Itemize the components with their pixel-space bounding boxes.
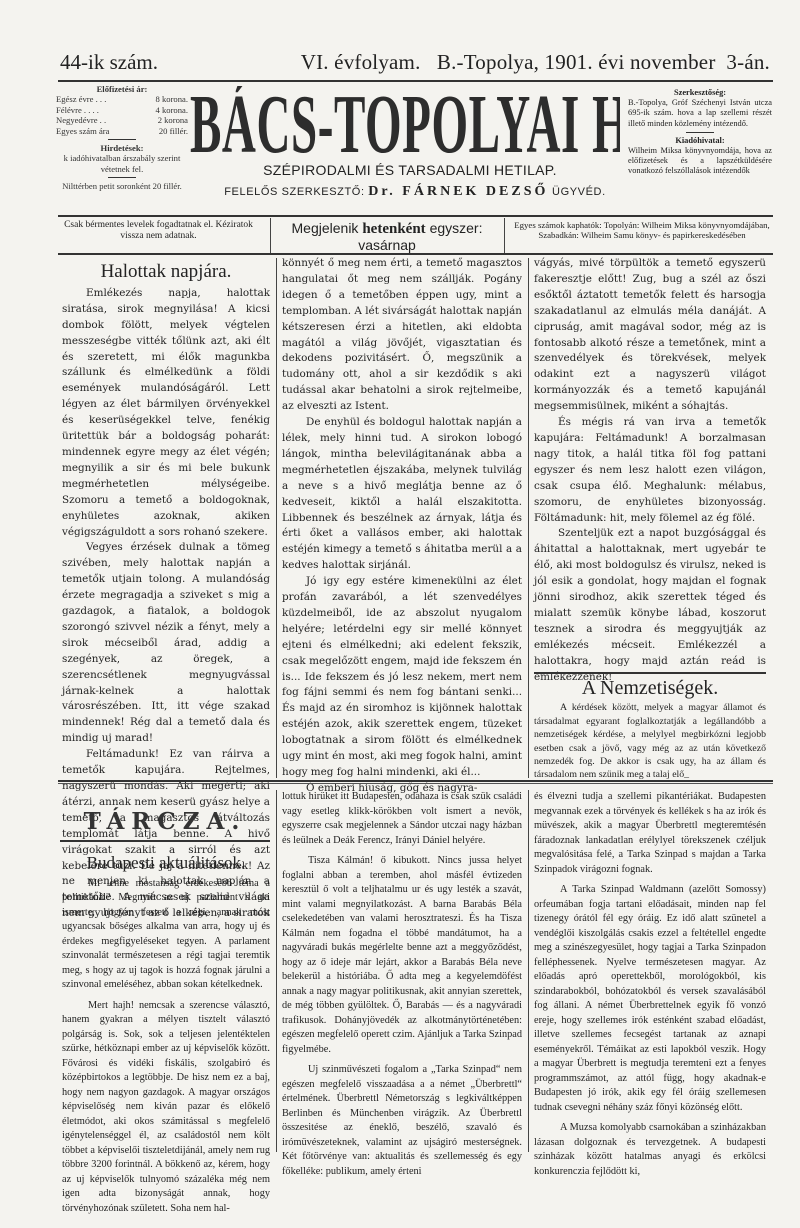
editorial-office-box: Szerkesztőség: B.-Topolya, Gróf Szécheny… [628, 88, 772, 177]
title-text: BÁCS-TOPOLYAI HIRLAP. [190, 86, 620, 164]
paragraph: Tisza Kálmán! ő kibukott. Nincs jussa he… [282, 854, 522, 1057]
paragraph: És mégis rá van irva a temetők kapujára:… [534, 415, 766, 526]
feuilleton-column-2: lottuk hirüket itt Budapesten, odahaza i… [282, 790, 522, 1179]
feuilleton-column-1: Budapesti aktuálitások. Mi lenne mostans… [62, 846, 270, 1216]
paragraph: Szenteljük ezt a napot buzgósággal és áh… [534, 526, 766, 685]
newspaper-subtitle: SZÉPIRODALMI ÉS TARSADALMI HETILAP. [190, 162, 630, 178]
article-title: Halottak napjára. [62, 264, 270, 280]
issue-date-info: VI. évfolyam. B.-Topolya, 1901. évi nove… [301, 50, 770, 75]
paragraph: A Tarka Szinpad Waldmann (azelőtt Somoss… [534, 883, 766, 1115]
paragraph: Emlékezés napja, halottak siratása, siro… [62, 286, 270, 541]
feuilleton-column-3: és élvezni tudja a szellemi pikantériáka… [534, 790, 766, 1179]
paragraph: Mi lenne mostanság érdekesebb téma a pol… [62, 877, 270, 993]
paragraph: könnyét ő meg nem érti, a temető magaszt… [282, 256, 522, 415]
editor-line: FELELŐS SZERKESZTŐ: Dr. FÁRNEK DEZSŐ ÜGY… [190, 184, 640, 200]
ads-text: k iadóhivatalban árszabály szerint vétet… [56, 153, 188, 174]
paragraph: Uj szinművészeti fogalom a „Tarka Szinpa… [282, 1063, 522, 1179]
infobar-bottom-rule [58, 253, 773, 255]
column-divider [504, 218, 505, 254]
article-divider [534, 672, 766, 674]
feuilleton-section-heading: TÁRCZA. [60, 808, 270, 835]
masthead-top-line: 44-ik szám. VI. évfolyam. B.-Topolya, 19… [60, 44, 770, 74]
paragraph: De enyhül és boldogul halottak napján a … [282, 415, 522, 574]
editorial-text: B.-Topolya, Gróf Széchenyi István utcza … [628, 98, 772, 129]
paragraph: A Muzsa komolyabb csarnokában a szinháza… [534, 1121, 766, 1179]
info-letters: Csak bérmentes levelek fogadtatnak el. K… [56, 220, 261, 242]
paragraph: A kérdések között, melyek a magyar állam… [534, 701, 766, 781]
ads-heading: Hirdetések: [56, 143, 188, 153]
niltter-text: Nilttérben petit soronként 20 fillér. [56, 181, 188, 191]
issue-number: 44-ik szám. [60, 50, 158, 75]
paragraph: Mert hajh! nemcsak a szerencse választó,… [62, 999, 270, 1217]
article-nemzetisegek: A Nemzetiségek. A kérdések között, melye… [534, 680, 766, 782]
subscription-heading: Előfizetési ár: [56, 84, 188, 94]
price-row: Egész évre . . .8 korona. [56, 94, 188, 104]
price-row: Félévre . . . .4 korona. [56, 105, 188, 115]
column-divider [276, 258, 277, 778]
editor-label: FELELŐS SZERKESZTŐ: [224, 186, 364, 198]
article-title: A Nemzetiségek. [534, 682, 766, 695]
newspaper-title: BÁCS-TOPOLYAI HIRLAP. [190, 86, 620, 164]
column-divider [528, 790, 529, 1152]
editor-title: ÜGYVÉD. [552, 186, 606, 198]
feuilleton-title: Budapesti aktuálitások. [62, 856, 270, 871]
price-row: Negyedévre . .2 korona [56, 115, 188, 125]
divider [108, 177, 136, 178]
column-divider [270, 218, 271, 254]
editorial-heading: Szerkesztőség: [628, 88, 772, 98]
masthead-rule [58, 80, 773, 82]
article-column-3: vágyás, mivé törpültök a temető egyszerü… [534, 256, 766, 685]
column-divider [528, 258, 529, 778]
publisher-heading: Kiadóhivatal: [628, 136, 772, 146]
subscription-box: Előfizetési ár: Egész évre . . .8 korona… [56, 84, 188, 192]
page-section-rule [58, 780, 773, 782]
divider [686, 132, 714, 133]
infobar-top-rule [58, 215, 773, 217]
publisher-text: Wilheim Miksa könyvnyomdája, hova az elő… [628, 146, 772, 177]
info-bar: Csak bérmentes levelek fogadtatnak el. K… [56, 218, 774, 256]
article-column-2: könnyét ő meg nem érti, a temető magaszt… [282, 256, 522, 797]
paragraph: vágyás, mivé törpültök a temető egyszerü… [534, 256, 766, 415]
price-row: Egyes szám ára20 fillér. [56, 126, 188, 136]
page-section-rule [58, 783, 773, 784]
paragraph: lottuk hirüket itt Budapesten, odahaza i… [282, 790, 522, 848]
info-frequency: Megjelenik hetenként egyszer: vasárnap [276, 220, 498, 253]
info-sales: Egyes számok kaphatók: Topolyán: Wilheim… [510, 220, 774, 240]
column-divider [276, 790, 277, 1152]
feuilleton-rule [60, 840, 270, 842]
paragraph: és élvezni tudja a szellemi pikantériáka… [534, 790, 766, 877]
editor-name: Dr. FÁRNEK DEZSŐ [368, 184, 548, 199]
divider [108, 139, 136, 140]
paragraph: Jó igy egy estére kimenekülni az élet pr… [282, 574, 522, 781]
paragraph: Vegyes érzések dulnak a tömeg szivében, … [62, 540, 270, 747]
